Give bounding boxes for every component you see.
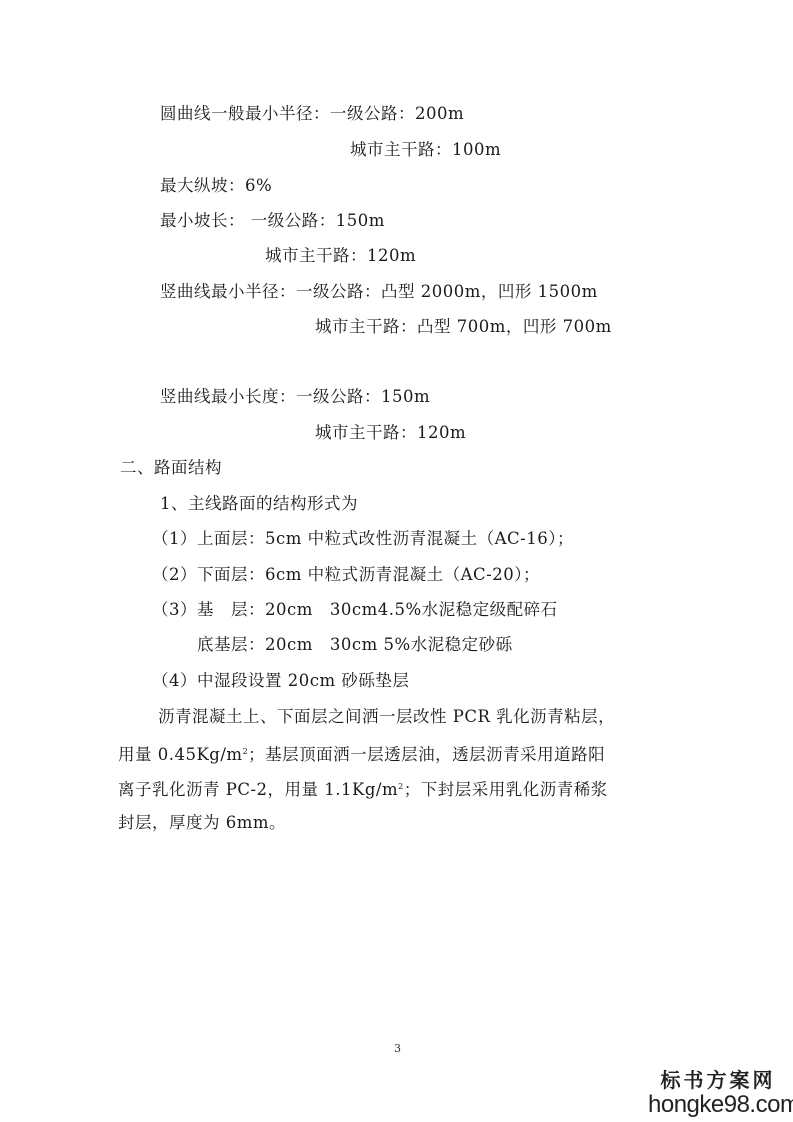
watermark-domain: hongke98.com: [648, 1092, 788, 1118]
text-line: 1、主线路面的结构形式为: [160, 494, 358, 514]
text-line: （3）基 层：20cm 30cm4.5%水泥稳定级配碎石: [152, 600, 558, 620]
text-line: 最小坡长： 一级公路：150m: [160, 211, 385, 231]
text-line: 城市主干路：100m: [350, 140, 501, 160]
text-line: 底基层：20cm 30cm 5%水泥稳定砂砾: [197, 635, 513, 655]
text-line: 二、路面结构: [120, 458, 222, 478]
text-line: 城市主干路：凸型 700m，凹形 700m: [315, 317, 612, 337]
page-number: 3: [394, 1042, 401, 1055]
text-line: 圆曲线一般最小半径：一级公路：200m: [160, 104, 464, 124]
text-line: 最大纵坡：6%: [160, 176, 272, 196]
paragraph-line-1: 沥青混凝土上、下面层之间洒一层改性 PCR 乳化沥青粘层，: [158, 707, 615, 727]
paragraph-text: 封层，厚度为 6mm。: [118, 813, 286, 832]
watermark-logo: 标书方案网 hongke98.com: [648, 1068, 788, 1118]
paragraph-text: 用量 0.45Kg/m: [118, 745, 243, 764]
paragraph-line-3: 离子乳化沥青 PC-2，用量 1.1Kg/m2；下封层采用乳化沥青稀浆: [118, 777, 608, 800]
paragraph-line-4: 封层，厚度为 6mm。: [118, 813, 286, 833]
watermark-title: 标书方案网: [648, 1068, 788, 1092]
text-line: （1）上面层：5cm 中粒式改性沥青混凝土（AC-16）；: [152, 529, 574, 549]
paragraph-text: ；基层顶面洒一层透层油，透层沥青采用道路阳: [248, 745, 605, 764]
text-line: 竖曲线最小长度：一级公路：150m: [160, 387, 430, 407]
text-line: （2）下面层：6cm 中粒式沥青混凝土（AC-20）；: [152, 565, 540, 585]
text-line: 城市主干路：120m: [265, 246, 416, 266]
paragraph-text: ；下封层采用乳化沥青稀浆: [404, 780, 608, 799]
text-line: 城市主干路：120m: [315, 423, 466, 443]
text-line: （4）中湿段设置 20cm 砂砾垫层: [152, 671, 409, 691]
paragraph-text: 沥青混凝土上、下面层之间洒一层改性 PCR 乳化沥青粘层，: [158, 707, 615, 726]
paragraph-line-2: 用量 0.45Kg/m2；基层顶面洒一层透层油，透层沥青采用道路阳: [118, 742, 605, 765]
text-line: 竖曲线最小半径：一级公路：凸型 2000m，凹形 1500m: [160, 282, 598, 302]
paragraph-text: 离子乳化沥青 PC-2，用量 1.1Kg/m: [118, 780, 398, 799]
